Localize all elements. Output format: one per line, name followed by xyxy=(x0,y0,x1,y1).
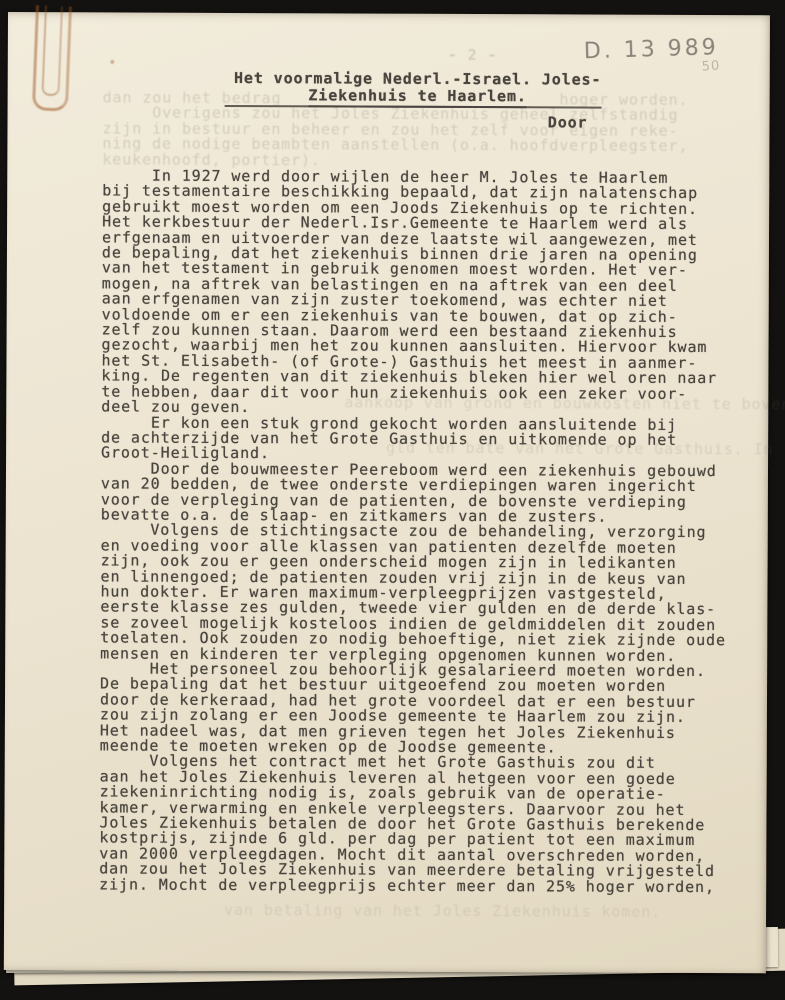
paperclip-rust-mark-icon xyxy=(26,5,94,119)
bleedthrough-page-number: - 2 - xyxy=(448,46,498,64)
handwritten-archive-number: D. 13 989 xyxy=(583,34,744,64)
bleedthrough-fragment: van betaling van het Joles Ziekenhuis ko… xyxy=(224,901,661,921)
scanned-document-view: D. 13 989 50 - 2 - dan zou het bedrag ho… xyxy=(0,0,785,1000)
handwritten-secondary-mark: 50 xyxy=(701,58,720,74)
typed-line: zijn. Mocht de verpleegprijs echter meer… xyxy=(99,877,725,895)
paperclip-inner-loop xyxy=(41,6,63,97)
rust-speck xyxy=(110,58,115,65)
title-block: Het voormalige Nederl.-Israel. Joles- Zi… xyxy=(153,70,683,105)
document-body: In 1927 werd door wijlen de heer M. Jole… xyxy=(99,168,728,895)
byline-door: Door xyxy=(487,113,587,131)
document-page: D. 13 989 50 - 2 - dan zou het bedrag ho… xyxy=(4,12,770,973)
document-title-line2: Ziekenhuis te Haarlem. xyxy=(153,86,683,105)
